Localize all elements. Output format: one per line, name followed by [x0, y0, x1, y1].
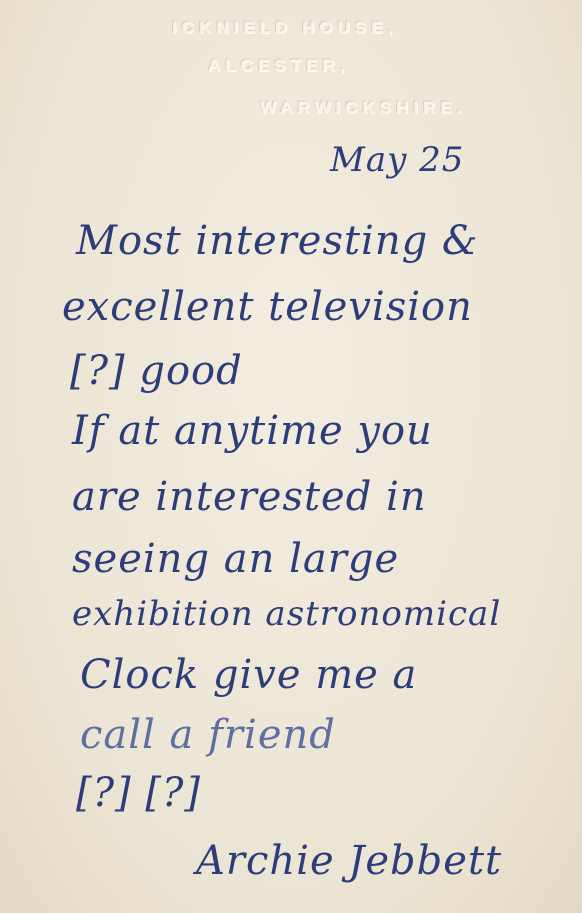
body-line: excellent television	[62, 284, 473, 330]
body-line: exhibition astronomical	[72, 594, 501, 634]
body-line: call a friend	[80, 712, 336, 758]
body-line: Clock give me a	[80, 652, 417, 698]
letterhead-line-1: ICKNIELD HOUSE,	[172, 18, 397, 38]
letterhead-line-3: WARWICKSHIRE.	[260, 98, 466, 118]
body-line: [?] [?]	[76, 770, 201, 816]
body-line: are interested in	[72, 474, 427, 520]
letter-page: ICKNIELD HOUSE, ALCESTER, WARWICKSHIRE. …	[0, 0, 582, 913]
letterhead-line-2: ALCESTER,	[208, 56, 349, 76]
body-line: Most interesting &	[76, 218, 479, 264]
body-line: seeing an large	[72, 536, 399, 582]
letter-date: May 25	[330, 140, 464, 180]
signature: Archie Jebbett	[196, 838, 502, 884]
body-line: If at anytime you	[72, 408, 433, 454]
body-line: [?] good	[70, 348, 243, 394]
